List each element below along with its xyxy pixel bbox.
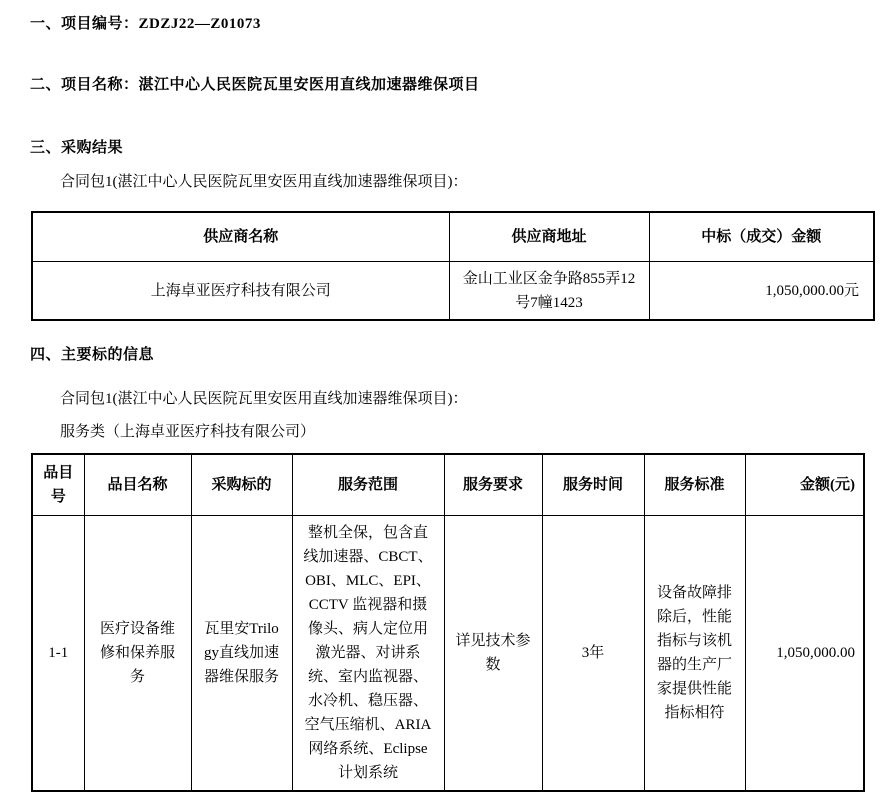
header-service-scope: 服务范围	[292, 454, 444, 516]
supplier-table-row: 上海卓亚医疗科技有限公司 金山工业区金争路855弄12号7幢1423 1,050…	[32, 262, 874, 321]
header-item-name: 品目名称	[84, 454, 191, 516]
header-service-requirement: 服务要求	[444, 454, 542, 516]
section-heading-main-bid-info: 四、主要标的信息	[30, 343, 154, 364]
procurement-announcement-page: 一、项目编号：ZDZJ22—Z01073 二、项目名称：湛江中心人民医院瓦里安医…	[0, 0, 887, 808]
cell-award-amount: 1,050,000.00元	[649, 262, 874, 321]
header-item-no: 品目号	[32, 454, 84, 516]
cell-item-name: 医疗设备维修和保养服务	[84, 516, 191, 792]
cell-supplier-name: 上海卓亚医疗科技有限公司	[32, 262, 449, 321]
section-heading-project-number: 一、项目编号：ZDZJ22—Z01073	[30, 12, 261, 33]
main-bid-info-table: 品目号 品目名称 采购标的 服务范围 服务要求 服务时间 服务标准 金额(元) …	[31, 453, 865, 792]
header-supplier-name: 供应商名称	[32, 212, 449, 262]
section-heading-project-name: 二、项目名称：湛江中心人民医院瓦里安医用直线加速器维保项目	[30, 73, 480, 94]
section-heading-procurement-result: 三、采购结果	[30, 136, 123, 157]
service-category-label: 服务类（上海卓亚医疗科技有限公司）	[60, 420, 315, 441]
bid-table-header-row: 品目号 品目名称 采购标的 服务范围 服务要求 服务时间 服务标准 金额(元)	[32, 454, 864, 516]
cell-service-scope: 整机全保，包含直线加速器、CBCT、OBI、MLC、EPI、CCTV 监视器和摄…	[292, 516, 444, 792]
cell-amount: 1,050,000.00	[745, 516, 864, 792]
contract-package-label-procurement: 合同包1(湛江中心人民医院瓦里安医用直线加速器维保项目)：	[60, 170, 468, 191]
cell-service-requirement: 详见技术参数	[444, 516, 542, 792]
header-award-amount: 中标（成交）金额	[649, 212, 874, 262]
header-service-standard: 服务标准	[644, 454, 745, 516]
cell-supplier-address: 金山工业区金争路855弄12号7幢1423	[449, 262, 649, 321]
header-amount: 金额(元)	[745, 454, 864, 516]
header-procurement-target: 采购标的	[191, 454, 292, 516]
header-service-period: 服务时间	[542, 454, 644, 516]
contract-package-label-main-bid: 合同包1(湛江中心人民医院瓦里安医用直线加速器维保项目)：	[60, 387, 468, 408]
supplier-result-table: 供应商名称 供应商地址 中标（成交）金额 上海卓亚医疗科技有限公司 金山工业区金…	[31, 211, 875, 321]
bid-table-row: 1-1 医疗设备维修和保养服务 瓦里安Trilogy直线加速器维保服务 整机全保…	[32, 516, 864, 792]
cell-service-standard: 设备故障排除后，性能指标与该机器的生产厂家提供性能指标相符	[644, 516, 745, 792]
cell-item-no: 1-1	[32, 516, 84, 792]
supplier-table-header-row: 供应商名称 供应商地址 中标（成交）金额	[32, 212, 874, 262]
cell-service-period: 3年	[542, 516, 644, 792]
header-supplier-address: 供应商地址	[449, 212, 649, 262]
cell-procurement-target: 瓦里安Trilogy直线加速器维保服务	[191, 516, 292, 792]
